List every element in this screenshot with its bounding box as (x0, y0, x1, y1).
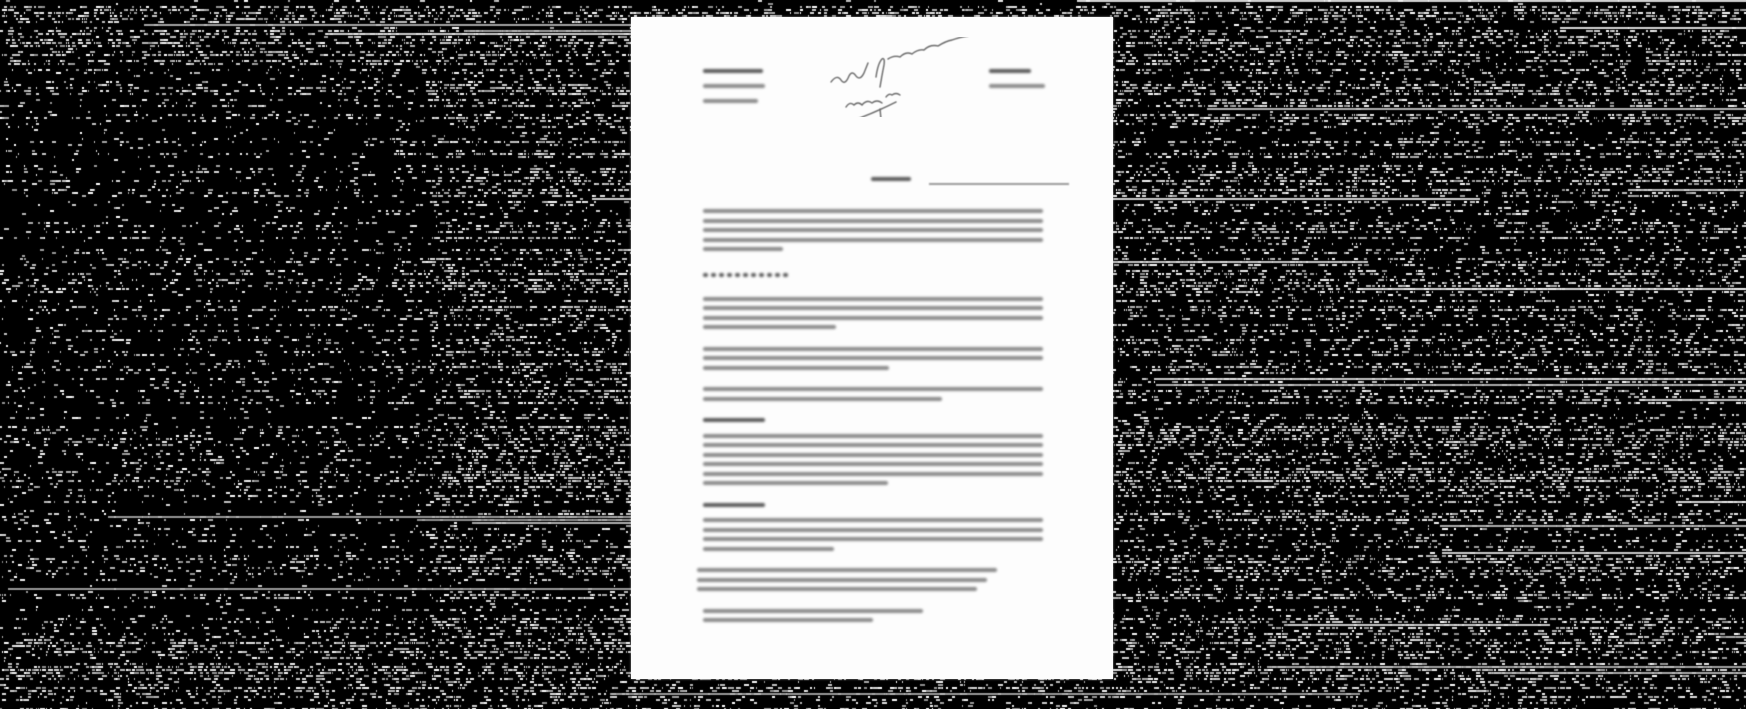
illegible-text-line (703, 99, 758, 103)
illegible-text-line (703, 306, 1043, 310)
illegible-text-line (703, 503, 765, 507)
illegible-text-line (703, 209, 1043, 213)
title-underline (929, 183, 1069, 185)
illegible-text-line (703, 528, 1043, 532)
illegible-text-line (703, 418, 765, 422)
illegible-text-line (703, 219, 1043, 223)
handwritten-annotation (826, 37, 1016, 117)
illegible-text-line (703, 228, 1043, 232)
illegible-text-line (703, 347, 1043, 351)
illegible-text-line (767, 273, 772, 277)
illegible-text-line (697, 587, 977, 591)
illegible-text-line (735, 273, 740, 277)
illegible-text-line (719, 273, 724, 277)
illegible-text-line (703, 316, 1043, 320)
illegible-text-line (703, 356, 1043, 360)
illegible-text-line (775, 273, 780, 277)
illegible-text-line (711, 273, 716, 277)
illegible-text-line (703, 547, 834, 551)
illegible-text-line (703, 618, 873, 622)
illegible-text-line (703, 518, 1043, 522)
illegible-text-line (703, 397, 942, 401)
illegible-text-line (703, 453, 1043, 457)
scanned-document-page (631, 17, 1113, 679)
illegible-text-line (697, 568, 997, 572)
illegible-text-line (703, 472, 1043, 476)
illegible-text-line (783, 273, 788, 277)
illegible-text-line (703, 462, 1043, 466)
illegible-text-line (703, 297, 1043, 301)
illegible-text-line (697, 578, 987, 582)
illegible-text-line (703, 238, 1043, 242)
illegible-text-line (703, 84, 765, 88)
illegible-text-line (759, 273, 764, 277)
illegible-text-line (703, 434, 1043, 438)
illegible-text-line (703, 69, 763, 73)
illegible-text-line (703, 273, 708, 277)
illegible-text-line (703, 609, 923, 613)
illegible-text-line (703, 387, 1043, 391)
document-title (871, 175, 1071, 187)
illegible-text-line (727, 273, 732, 277)
illegible-text-line (703, 247, 783, 251)
illegible-text-line (703, 366, 889, 370)
illegible-text-line (703, 537, 1043, 541)
illegible-text-line (751, 273, 756, 277)
illegible-text-line (703, 443, 1043, 447)
illegible-text-line (703, 325, 836, 329)
illegible-text-line (743, 273, 748, 277)
illegible-text-line (703, 481, 888, 485)
